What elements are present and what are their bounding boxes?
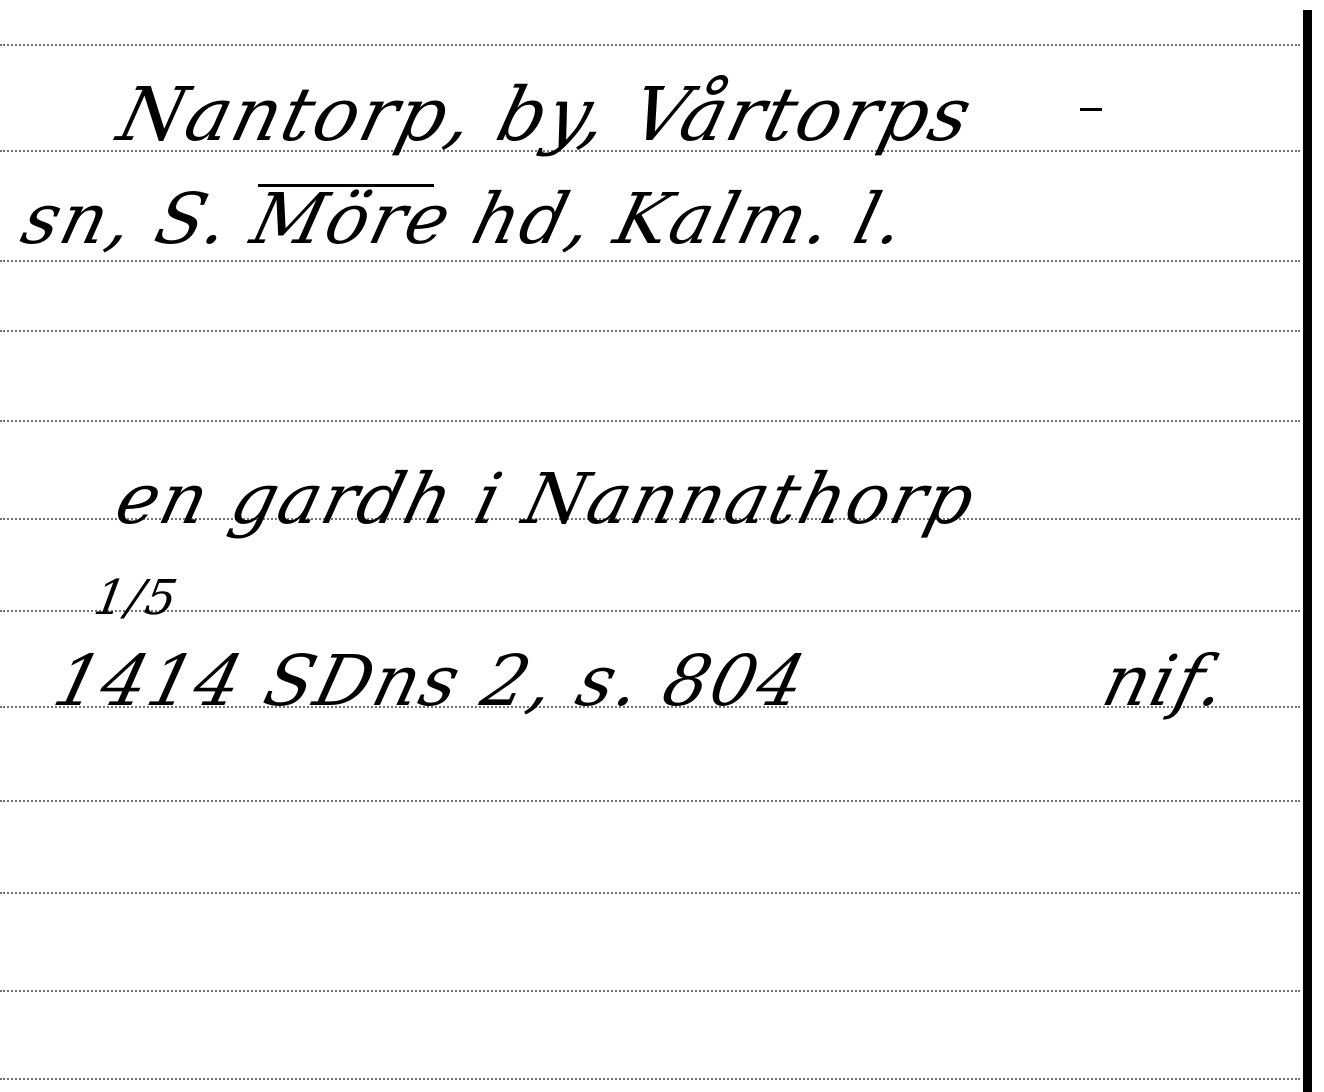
ruled-line bbox=[0, 1078, 1300, 1080]
ruled-line bbox=[0, 800, 1300, 802]
headword-line: Nantorp, by, Vårtorps bbox=[110, 72, 982, 158]
ruled-line bbox=[0, 610, 1300, 612]
ruled-line bbox=[0, 892, 1300, 894]
macron-mark bbox=[1080, 108, 1102, 111]
source-citation: 1414 SDns 2, s. 804 bbox=[46, 640, 815, 722]
ruled-line bbox=[0, 44, 1300, 46]
signature: nif. bbox=[1095, 640, 1237, 722]
index-card: Nantorp, by, Vårtorps sn, S. Möre hd, Ka… bbox=[0, 0, 1324, 1092]
date-fraction: 1/5 bbox=[90, 570, 183, 626]
parish-district-line: sn, S. Möre hd, Kalm. l. bbox=[14, 178, 915, 260]
ruled-line bbox=[0, 420, 1300, 422]
card-right-border bbox=[1303, 10, 1312, 1092]
quotation-line: en gardh i Nannathorp bbox=[108, 458, 985, 540]
ruled-line bbox=[0, 260, 1300, 262]
ruled-line bbox=[0, 330, 1300, 332]
ruled-line bbox=[0, 990, 1300, 992]
